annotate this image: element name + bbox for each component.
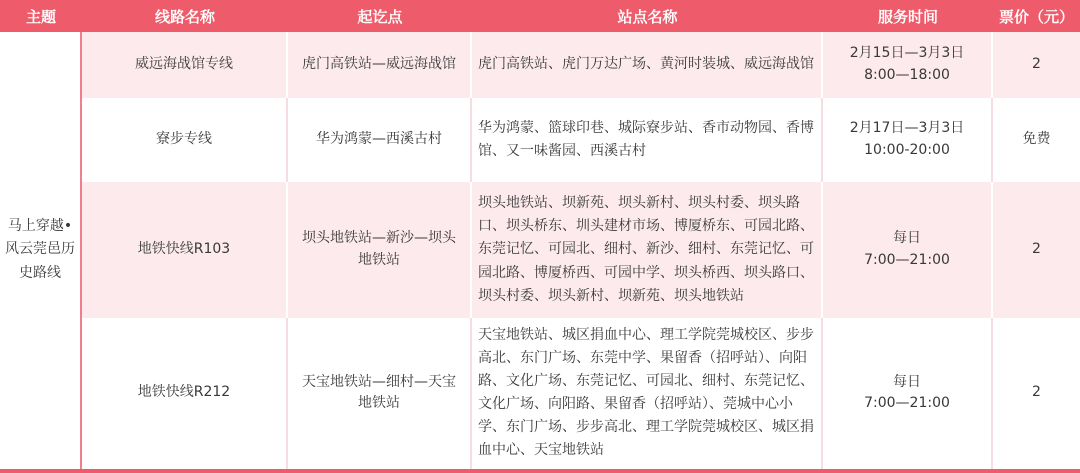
header-service-time: 服务时间 xyxy=(823,0,993,32)
bottom-accent-bar xyxy=(0,469,1080,473)
service-hours: 7:00—21:00 xyxy=(831,393,983,415)
service-dates: 2月17日—3月3日 xyxy=(831,118,983,140)
route-name-cell: 威远海战馆专线 xyxy=(82,32,288,98)
route-name-cell: 寮步专线 xyxy=(82,98,288,182)
route-name-cell: 地铁快线R212 xyxy=(82,318,288,469)
fare-cell: 2 xyxy=(993,318,1080,469)
header-theme: 主题 xyxy=(0,0,82,32)
theme-cell: 马上穿越•风云莞邑历史路线 xyxy=(0,32,82,469)
service-time-cell: 2月15日—3月3日 8:00—18:00 xyxy=(823,32,993,98)
route-name-cell: 地铁快线R103 xyxy=(82,182,288,318)
service-dates: 2月15日—3月3日 xyxy=(831,43,983,65)
header-fare: 票价（元） xyxy=(993,0,1080,32)
stations-cell: 天宝地铁站、城区捐血中心、理工学院莞城校区、步步高北、东门广场、东莞中学、果留香… xyxy=(472,318,823,469)
endpoints-cell: 虎门高铁站—威远海战馆 xyxy=(288,32,472,98)
table-row: 地铁快线R103 坝头地铁站—新沙—坝头地铁站 坝头地铁站、坝新苑、坝头新村、坝… xyxy=(0,182,1080,318)
table-header-row: 主题 线路名称 起讫点 站点名称 服务时间 票价（元） xyxy=(0,0,1080,32)
service-dates: 每日 xyxy=(831,372,983,394)
stations-cell: 坝头地铁站、坝新苑、坝头新村、坝头村委、坝头路口、坝头桥东、圳头建材市场、博厦桥… xyxy=(472,182,823,318)
fare-cell: 免费 xyxy=(993,98,1080,182)
fare-cell: 2 xyxy=(993,32,1080,98)
stations-cell: 华为鸿蒙、篮球印巷、城际寮步站、香市动物园、香博馆、又一味酱园、西溪古村 xyxy=(472,98,823,182)
service-time-cell: 2月17日—3月3日 10:00-20:00 xyxy=(823,98,993,182)
header-endpoints: 起讫点 xyxy=(288,0,472,32)
service-hours: 10:00-20:00 xyxy=(831,140,983,162)
header-route-name: 线路名称 xyxy=(82,0,288,32)
header-stations: 站点名称 xyxy=(472,0,823,32)
service-time-cell: 每日 7:00—21:00 xyxy=(823,182,993,318)
bus-route-table: 主题 线路名称 起讫点 站点名称 服务时间 票价（元） 马上穿越•风云莞邑历史路… xyxy=(0,0,1080,469)
table-row: 马上穿越•风云莞邑历史路线 威远海战馆专线 虎门高铁站—威远海战馆 虎门高铁站、… xyxy=(0,32,1080,98)
table-row: 寮步专线 华为鸿蒙—西溪古村 华为鸿蒙、篮球印巷、城际寮步站、香市动物园、香博馆… xyxy=(0,98,1080,182)
service-dates: 每日 xyxy=(831,228,983,250)
endpoints-cell: 坝头地铁站—新沙—坝头地铁站 xyxy=(288,182,472,318)
fare-cell: 2 xyxy=(993,182,1080,318)
endpoints-cell: 天宝地铁站—细村—天宝地铁站 xyxy=(288,318,472,469)
table-row: 地铁快线R212 天宝地铁站—细村—天宝地铁站 天宝地铁站、城区捐血中心、理工学… xyxy=(0,318,1080,469)
service-hours: 7:00—21:00 xyxy=(831,250,983,272)
service-time-cell: 每日 7:00—21:00 xyxy=(823,318,993,469)
endpoints-cell: 华为鸿蒙—西溪古村 xyxy=(288,98,472,182)
service-hours: 8:00—18:00 xyxy=(831,65,983,87)
stations-cell: 虎门高铁站、虎门万达广场、黄河时装城、威远海战馆 xyxy=(472,32,823,98)
